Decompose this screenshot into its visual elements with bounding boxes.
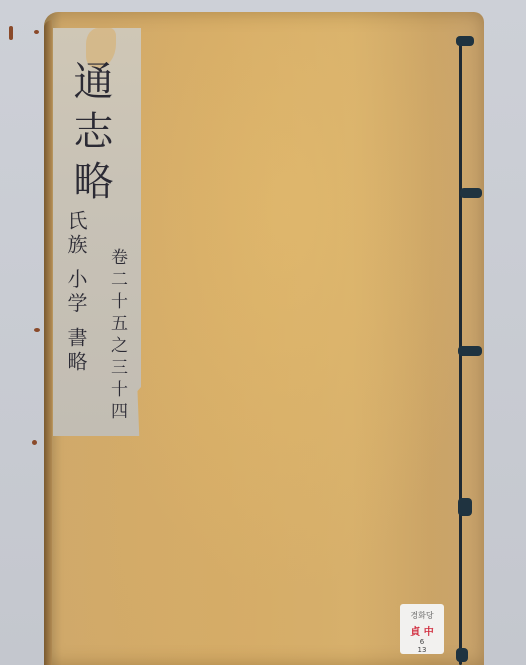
binding-stitch	[460, 188, 482, 198]
debris-speck	[9, 26, 13, 40]
cover-left-edge	[44, 20, 52, 665]
library-stamp: 경화당 貞 中 6 13	[400, 604, 444, 654]
book-title: 通志略	[70, 60, 110, 210]
stamp-number: 6	[400, 638, 444, 646]
volume-contents: 氏族 小学 書略	[66, 210, 86, 375]
stamp-library-name: 경화당	[400, 610, 444, 621]
debris-speck	[34, 30, 39, 34]
debris-speck	[32, 440, 37, 445]
binding-stitch	[458, 346, 482, 356]
debris-speck	[34, 328, 40, 332]
stamp-classification: 貞 中	[400, 623, 444, 638]
binding-stitch	[458, 498, 472, 516]
binding-stitch	[456, 648, 468, 662]
stamp-number: 13	[400, 646, 444, 654]
binding-stitch	[456, 36, 474, 46]
volume-range: 卷二十五之三十四	[108, 248, 125, 424]
